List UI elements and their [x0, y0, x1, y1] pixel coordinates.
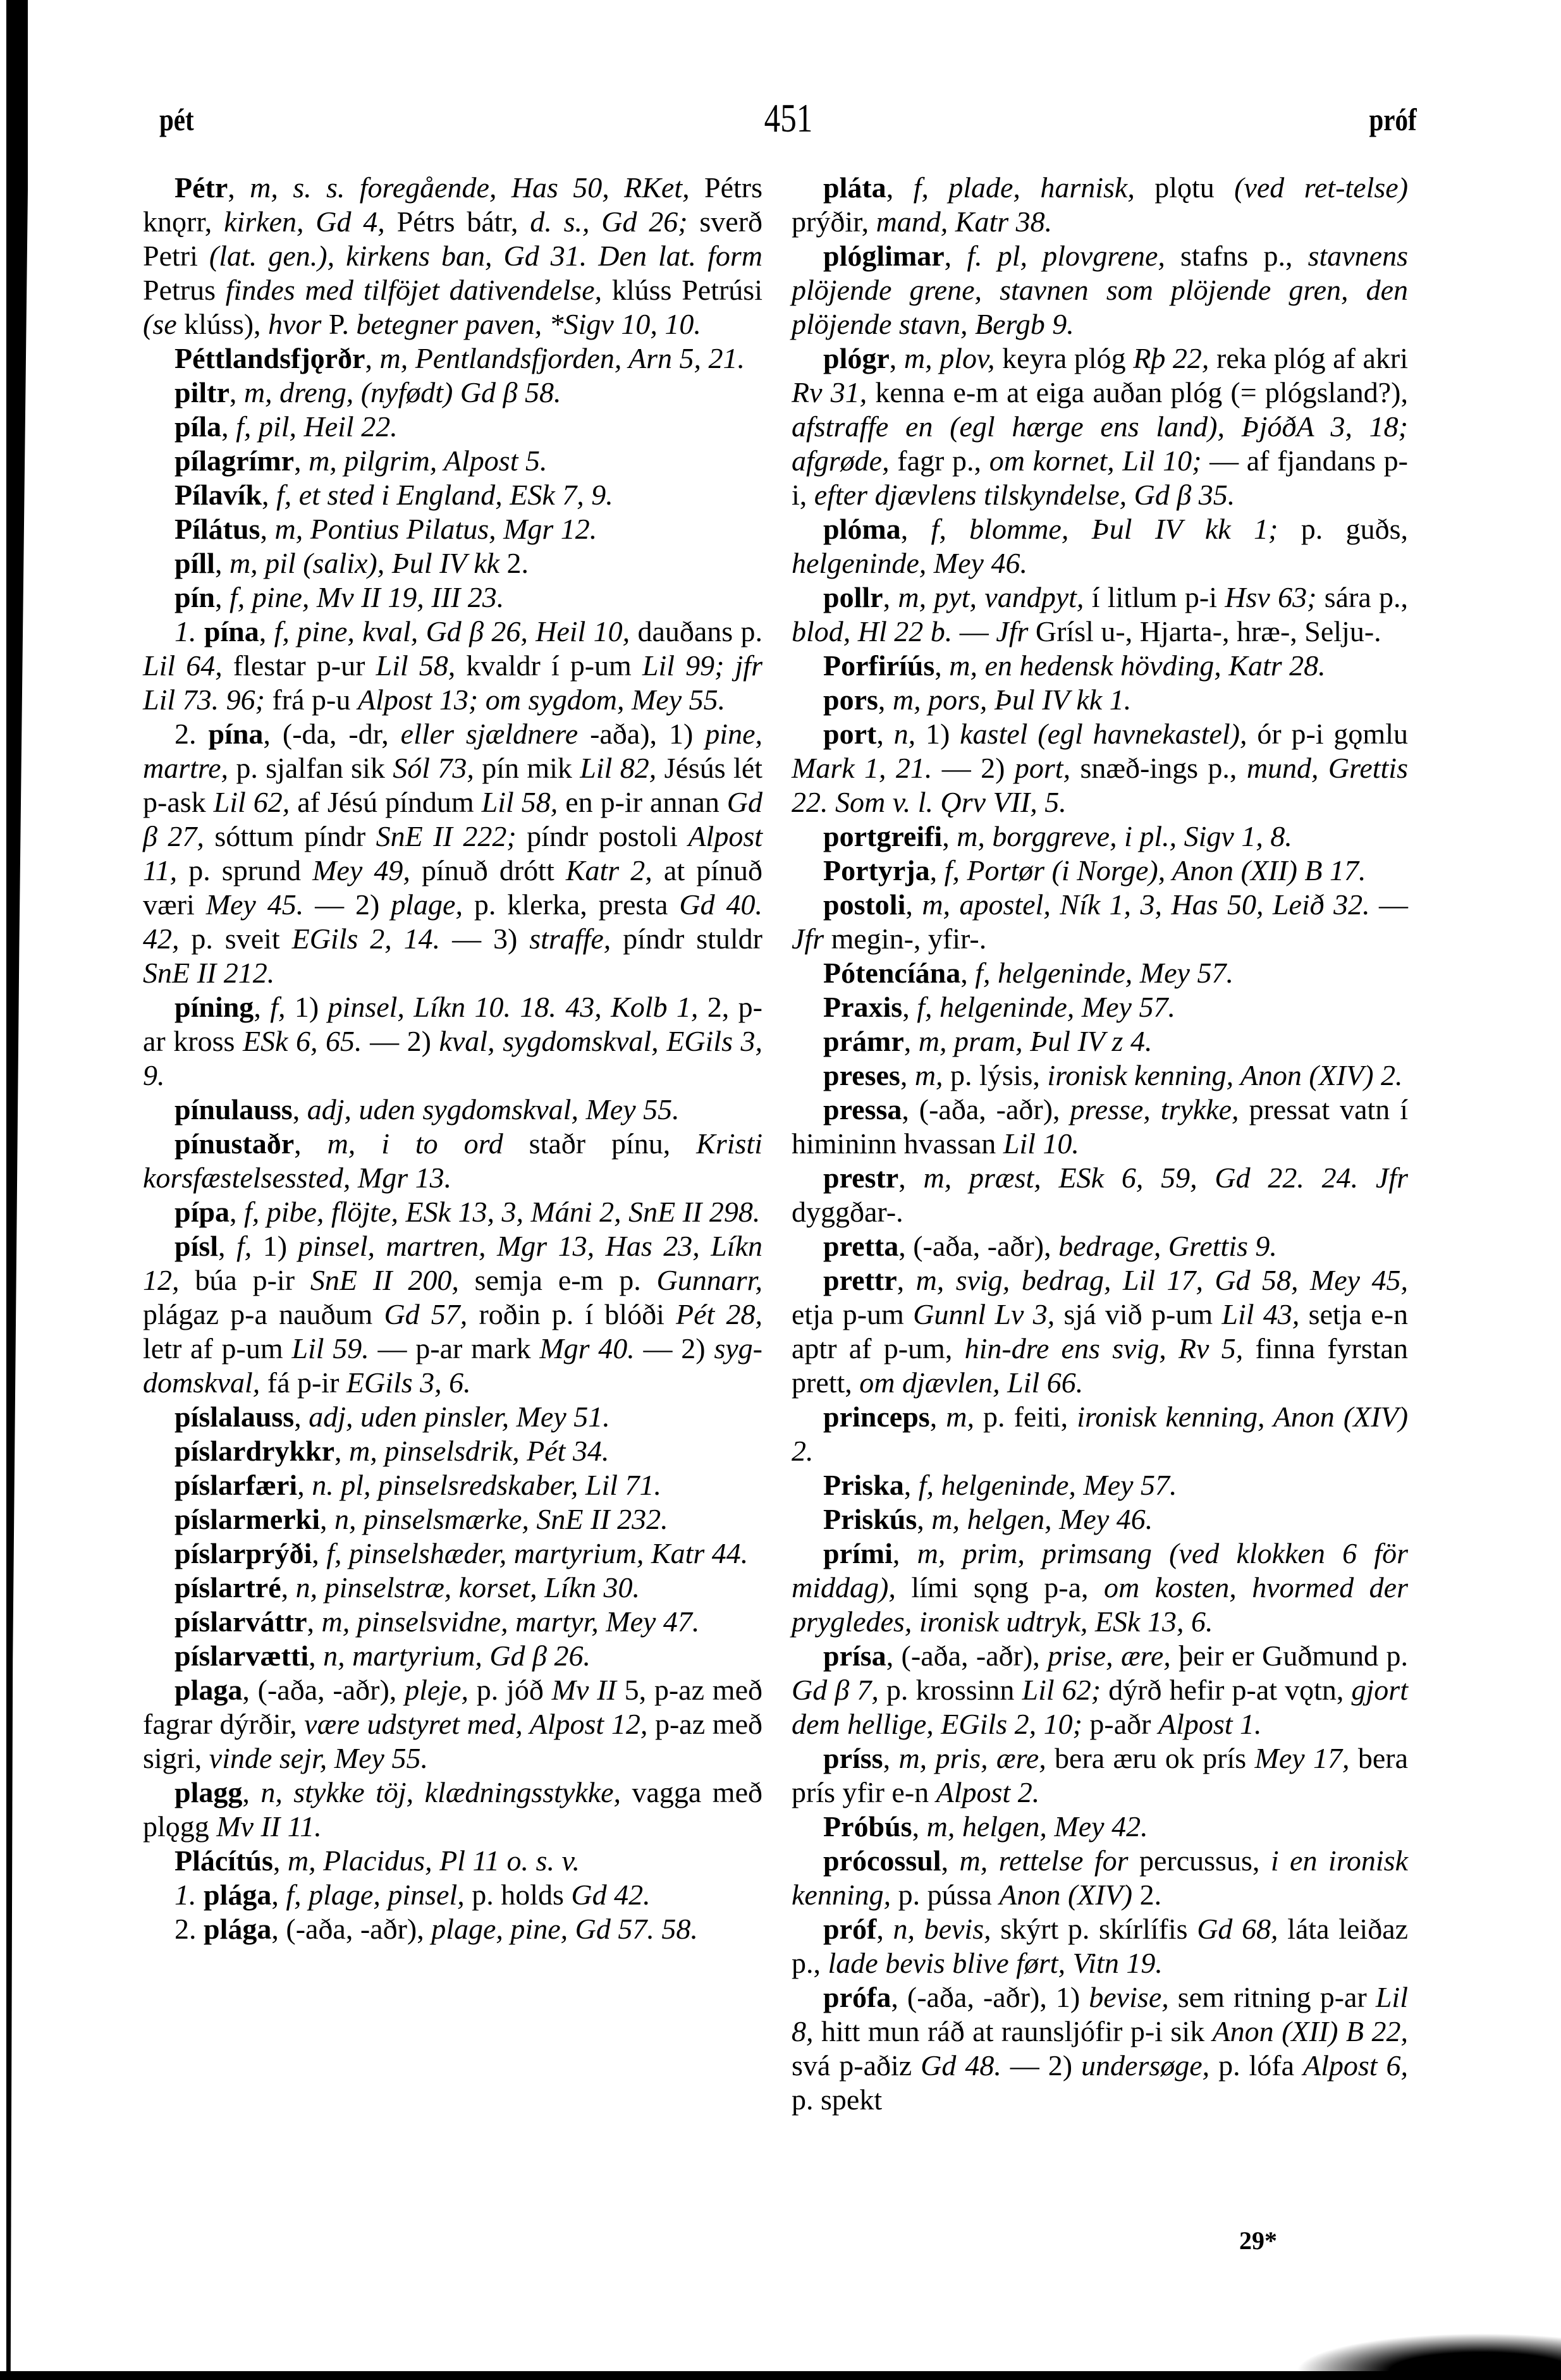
- italic-gloss: Mv II 11.: [216, 1810, 321, 1843]
- headword: pors: [823, 684, 878, 716]
- headword: pollr: [823, 581, 883, 613]
- text: skýrt p. skírlífis: [991, 1913, 1197, 1945]
- italic-gloss: pleje,: [405, 1674, 468, 1706]
- headword: prísa: [823, 1640, 886, 1672]
- text: ,: [215, 581, 230, 613]
- text: búa p-ir: [180, 1264, 310, 1296]
- italic-gloss: f, helgeninde, Mey 57.: [975, 957, 1233, 989]
- dictionary-entry: Pótencíána, f, helgeninde, Mey 57.: [792, 956, 1408, 990]
- text: ,: [281, 1571, 296, 1604]
- headword: Plácítús: [174, 1844, 273, 1877]
- italic-gloss: m, svig, bedrag, Lil 17, Gd 58, Mey 45,: [916, 1264, 1408, 1296]
- text: -aða), 1): [578, 718, 705, 750]
- headword: plógr: [823, 342, 890, 374]
- dictionary-entry: Praxis, f, helgeninde, Mey 57.: [792, 990, 1408, 1024]
- text: prýðir,: [792, 205, 876, 238]
- text: p. lófa: [1209, 2049, 1303, 2082]
- text: p. sjalfan sik: [228, 752, 393, 784]
- italic-gloss: d. s., Gd 26;: [530, 205, 687, 238]
- italic-gloss: plage,: [391, 888, 463, 921]
- text: fá p-ir: [260, 1366, 346, 1399]
- italic-gloss: Gd 42.: [571, 1879, 650, 1911]
- text: en p-ir annan: [558, 786, 727, 818]
- text: reka plóg af akri: [1209, 342, 1408, 374]
- text: ,: [901, 513, 931, 545]
- italic-gloss: om djævlen, Lil 66.: [859, 1366, 1083, 1399]
- headword: prócossul: [823, 1844, 941, 1877]
- italic-gloss: Anon (XIV): [999, 1879, 1132, 1911]
- italic-gloss: EGils 2, 14.: [292, 923, 441, 955]
- italic-gloss: Lil 82,: [580, 752, 656, 784]
- text: ,: [230, 1196, 244, 1228]
- text: ,: [904, 1469, 919, 1501]
- text: dauðans p.: [630, 615, 762, 647]
- italic-gloss: Sól 73,: [393, 752, 474, 784]
- dictionary-entry: píslartré, n, pinselstræ, korset, Líkn 3…: [143, 1571, 762, 1605]
- headword: píslarvætti: [174, 1640, 309, 1672]
- text: p. holds: [465, 1879, 572, 1911]
- italic-gloss: m, pram, Þul IV z 4.: [919, 1025, 1153, 1057]
- italic-gloss: Gd β 7,: [792, 1674, 879, 1706]
- text: plǫtu: [1135, 171, 1234, 204]
- italic-gloss: Gd 48.: [921, 2049, 1001, 2082]
- dictionary-entry: pretta, (-aða, -aðr), bedrage, Grettis 9…: [792, 1229, 1408, 1263]
- text: ,: [312, 1537, 326, 1569]
- italic-gloss: Mv II: [552, 1674, 616, 1706]
- text: ,: [905, 888, 922, 921]
- text: dýrð hefir p-at vǫtn,: [1101, 1674, 1351, 1706]
- headword: Péttlandsfjǫrðr: [174, 342, 365, 374]
- italic-gloss: m, pinselsvidne, martyr, Mey 47.: [322, 1605, 700, 1638]
- italic-gloss: Lil 58,: [376, 649, 456, 682]
- italic-gloss: adj, uden pinsler, Mey 51.: [309, 1401, 610, 1433]
- headword: píslarváttr: [174, 1605, 307, 1638]
- italic-gloss: helgeninde, Mey 46.: [792, 547, 1027, 579]
- italic-gloss: Mark 1, 21.: [792, 752, 932, 784]
- italic-gloss: m, pil (salix), Þul IV kk: [230, 547, 499, 579]
- text: af Jésú píndum: [290, 786, 481, 818]
- text: ór p-i gǫmlu: [1247, 718, 1408, 750]
- headword: postoli: [823, 888, 905, 921]
- text: ,: [309, 1640, 323, 1672]
- italic-gloss: eller sjældnere: [401, 718, 578, 750]
- italic-gloss: prise, ære,: [1048, 1640, 1171, 1672]
- italic-gloss: m, pinselsdrik, Pét 34.: [349, 1435, 609, 1467]
- italic-gloss: m,: [915, 1059, 943, 1091]
- text: 2.: [499, 547, 529, 579]
- text: —: [952, 615, 996, 647]
- italic-gloss: m, rettelse for: [960, 1844, 1129, 1877]
- italic-gloss: m, i to ord: [328, 1127, 503, 1160]
- italic-gloss: lade bevis blive ført, Vitn 19.: [828, 1947, 1163, 1979]
- headword: pínustaðr: [174, 1127, 294, 1160]
- text: p. jóð: [468, 1674, 552, 1706]
- text: sóttum píndr: [204, 820, 376, 852]
- text: ,: [242, 1776, 260, 1808]
- text: ,: [912, 1810, 927, 1843]
- text: —: [1370, 888, 1408, 921]
- italic-gloss: bevise,: [1089, 1981, 1168, 2013]
- italic-gloss: n. pl, pinselsredskaber, Lil 71.: [312, 1469, 661, 1501]
- dictionary-entry: Plácítús, m, Placidus, Pl 11 o. s. v.: [143, 1844, 762, 1878]
- headword: próf: [823, 1913, 876, 1945]
- italic-gloss: m, borggreve, i pl., Sigv 1, 8.: [957, 820, 1292, 852]
- italic-gloss: Mey 45.: [206, 888, 304, 921]
- dictionary-entry: pors, m, pors, Þul IV kk 1.: [792, 683, 1408, 717]
- italic-gloss: Jfr: [792, 923, 824, 955]
- text: etja p-um: [792, 1298, 913, 1330]
- text: ,: [883, 581, 898, 613]
- text: 2.: [174, 1913, 204, 1945]
- italic-gloss: Lil 64,: [143, 649, 223, 682]
- italic-gloss: Hsv 63;: [1225, 581, 1316, 613]
- italic-gloss: Mey 49,: [312, 854, 410, 886]
- italic-gloss: m, Pontius Pilatus, Mgr 12.: [274, 513, 597, 545]
- headword: pín: [174, 581, 215, 613]
- italic-gloss: adj, uden sygdomskval, Mey 55.: [307, 1093, 680, 1126]
- dictionary-entry: prími, m, prim, primsang (ved klokken 6 …: [792, 1537, 1408, 1639]
- italic-gloss: SnE II 222;: [376, 820, 517, 852]
- italic-gloss: m, pris, ære,: [898, 1742, 1046, 1774]
- italic-gloss: kirken, Gd 4,: [224, 205, 385, 238]
- text: ,: [893, 1537, 917, 1569]
- dictionary-entry: portgreifi, m, borggreve, i pl., Sigv 1,…: [792, 819, 1408, 854]
- headword: pína: [208, 718, 263, 750]
- headword: Pótencíána: [823, 957, 960, 989]
- italic-gloss: Lil 62;: [1022, 1674, 1101, 1706]
- dictionary-entry: Priskús, m, helgen, Mey 46.: [792, 1502, 1408, 1537]
- text: svá p-aðiz: [792, 2049, 921, 2082]
- text: ,: [260, 513, 274, 545]
- text: ,: [218, 1230, 236, 1262]
- text: ,: [271, 1879, 286, 1911]
- dictionary-entry: pressa, (-aða, -aðr), presse, trykke, pr…: [792, 1093, 1408, 1161]
- dictionary-entry: Portyrja, f, Portør (i Norge), Anon (XII…: [792, 854, 1408, 888]
- dictionary-entry: píslarvætti, n, martyrium, Gd β 26.: [143, 1639, 762, 1673]
- italic-gloss: f. pl, plovgrene,: [967, 240, 1165, 272]
- italic-gloss: f,: [236, 1230, 252, 1262]
- italic-gloss: f, plade, harnisk,: [914, 171, 1135, 204]
- dictionary-entry: prámr, m, pram, Þul IV z 4.: [792, 1024, 1408, 1058]
- italic-gloss: hvor: [268, 308, 321, 340]
- text: ,: [320, 1503, 334, 1535]
- text: p. sprund: [177, 854, 312, 886]
- dictionary-entry: prestr, m, præst, ESk 6, 59, Gd 22. 24. …: [792, 1161, 1408, 1229]
- text: plágaz p-a nauðum: [143, 1298, 384, 1330]
- italic-gloss: m, dreng, (nyfødt) Gd β 58.: [244, 376, 561, 408]
- text: — p-ar mark: [369, 1332, 540, 1365]
- text: ,: [904, 1025, 919, 1057]
- headword: píslalauss: [174, 1401, 294, 1433]
- italic-gloss: m, Placidus, Pl 11 o. s. v.: [288, 1844, 580, 1877]
- text: — 3): [440, 923, 529, 955]
- italic-gloss: hin-dre ens svig, Rv 5,: [965, 1332, 1244, 1365]
- italic-gloss: f,: [270, 991, 285, 1023]
- headword: píslartré: [174, 1571, 281, 1604]
- italic-gloss: f, helgeninde, Mey 57.: [919, 1469, 1177, 1501]
- italic-gloss: Gunnl Lv 3,: [913, 1298, 1055, 1330]
- text: klúss Petrúsi: [602, 274, 762, 306]
- text: roðin p. í blóði: [467, 1298, 676, 1330]
- dictionary-entry: preses, m, p. lýsis, ironisk kenning, An…: [792, 1058, 1408, 1093]
- dictionary-entry: pílagrímr, m, pilgrim, Alpost 5.: [143, 444, 762, 478]
- text: ,: [930, 854, 945, 886]
- italic-gloss: vinde sejr, Mey 55.: [209, 1742, 428, 1774]
- text: ,: [886, 171, 914, 204]
- dictionary-entry: 1. plága, f, plage, pinsel, p. holds Gd …: [143, 1878, 762, 1912]
- italic-gloss: n, martyrium, Gd β 26.: [323, 1640, 591, 1672]
- italic-gloss: m, en hedensk hövding, Katr 28.: [949, 649, 1325, 682]
- dictionary-entry: port, n, 1) kastel (egl havnekastel), ór…: [792, 717, 1408, 819]
- headword: písl: [174, 1230, 218, 1262]
- text: 1): [285, 991, 328, 1023]
- headword: pína: [204, 615, 259, 647]
- text: ,: [897, 1264, 916, 1296]
- text: ,: [294, 1127, 327, 1160]
- italic-gloss: m, pilgrim, Alpost 5.: [309, 445, 547, 477]
- dictionary-entry: prísa, (-aða, -aðr), prise, ære, þeir er…: [792, 1639, 1408, 1741]
- italic-gloss: presse, trykke,: [1070, 1093, 1239, 1126]
- headword: Pílátus: [174, 513, 260, 545]
- dictionary-entry: postoli, m, apostel, Ník 1, 3, Has 50, L…: [792, 888, 1408, 956]
- text: percussus,: [1129, 1844, 1271, 1877]
- text: 1): [252, 1230, 298, 1262]
- italic-gloss: m, præst, ESk 6, 59, Gd 22. 24. Jfr: [924, 1162, 1409, 1194]
- text: p. lýsis,: [943, 1059, 1048, 1091]
- headword: Pílavík: [174, 479, 262, 511]
- dictionary-entry: pínulauss, adj, uden sygdomskval, Mey 55…: [143, 1093, 762, 1127]
- text: , (-aða, -aðr),: [271, 1913, 431, 1945]
- signature-mark: 29*: [1239, 2226, 1277, 2255]
- dictionary-entry: plagg, n, stykke töj, klædningsstykke, v…: [143, 1776, 762, 1844]
- text: kenna e-m at eiga auðan plóg (= plógslan…: [867, 376, 1408, 408]
- text: klúss),: [177, 308, 268, 340]
- dictionary-entry: píning, f, 1) pinsel, Líkn 10. 18. 43, K…: [143, 990, 762, 1093]
- italic-gloss: undersøge,: [1081, 2049, 1209, 2082]
- text: pín mik: [474, 752, 580, 784]
- dictionary-entry: plógr, m, plov, keyra plóg Rþ 22, reka p…: [792, 341, 1408, 512]
- headword: pláta: [823, 171, 886, 204]
- dictionary-entry: píslarváttr, m, pinselsvidne, martyr, Me…: [143, 1605, 762, 1639]
- text: ,: [890, 342, 904, 374]
- italic-gloss: Gd 57,: [384, 1298, 467, 1330]
- text: stafns p.,: [1165, 240, 1308, 272]
- dictionary-entry: píslardrykkr, m, pinselsdrik, Pét 34.: [143, 1434, 762, 1468]
- text: ,: [942, 820, 957, 852]
- text: píndr postoli: [517, 820, 689, 852]
- italic-gloss: Rþ 22,: [1133, 342, 1209, 374]
- italic-gloss: n, pinselsmærke, SnE II 232.: [334, 1503, 668, 1535]
- headword: plága: [204, 1879, 271, 1911]
- dictionary-entry: píla, f, pil, Heil 22.: [143, 410, 762, 444]
- dictionary-entry: plaga, (-aða, -aðr), pleje, p. jóð Mv II…: [143, 1673, 762, 1776]
- dictionary-column-left: Pétr, m, s. s. foregående, Has 50, RKet,…: [143, 171, 762, 1946]
- dictionary-entry: Porfiríús, m, en hedensk hövding, Katr 2…: [792, 649, 1408, 683]
- text: p-aðr: [1082, 1708, 1158, 1740]
- text: p. krossinn: [879, 1674, 1022, 1706]
- text: ,: [960, 957, 975, 989]
- text: , (-aða, -aðr),: [242, 1674, 405, 1706]
- page-number: 451: [764, 95, 812, 142]
- headword: princeps: [823, 1401, 930, 1433]
- italic-gloss: om kornet, Lil 10;: [989, 445, 1202, 477]
- text: p. pússa: [891, 1879, 999, 1911]
- dictionary-entry: pínustaðr, m, i to ord staðr pínu, Krist…: [143, 1127, 762, 1195]
- italic-gloss: Alpost 13; om sygdom, Mey 55.: [358, 684, 725, 716]
- scan-smudge: [1295, 2333, 1561, 2371]
- text: ,: [883, 1742, 899, 1774]
- text: — 2): [932, 752, 1014, 784]
- text: , (-aða, -aðr), 1): [891, 1981, 1089, 2013]
- italic-gloss: m, plov,: [904, 342, 995, 374]
- text: — 2): [303, 888, 391, 921]
- italic-gloss: Lil 43,: [1221, 1298, 1299, 1330]
- italic-gloss: m, helgen, Mey 46.: [931, 1503, 1153, 1535]
- headword: pretta: [823, 1230, 898, 1262]
- text: p. klerka, presta: [463, 888, 679, 921]
- italic-gloss: SnE II 200,: [310, 1264, 459, 1296]
- text: ,: [334, 1435, 349, 1467]
- italic-gloss: 1.: [174, 1879, 204, 1911]
- text: flestar p-ur: [223, 649, 376, 682]
- text: ,: [215, 547, 230, 579]
- text: ,: [941, 1844, 960, 1877]
- headword: prófa: [823, 1981, 891, 2013]
- headword: pílagrímr: [174, 445, 294, 477]
- headword: píslarprýði: [174, 1537, 312, 1569]
- italic-gloss: f, pine, kval, Gd β 26, Heil 10,: [274, 615, 630, 647]
- text: lími sǫng p-a,: [896, 1571, 1104, 1604]
- dictionary-entry: píslarfæri, n. pl, pinselsredskaber, Lil…: [143, 1468, 762, 1502]
- italic-gloss: kastel (egl havnekastel),: [960, 718, 1247, 750]
- text: ,: [934, 649, 949, 682]
- text: , (-aða, -aðr),: [886, 1640, 1048, 1672]
- dictionary-entry: 2. pína, (-da, -dr, eller sjældnere -aða…: [143, 717, 762, 990]
- right-guide-word: próf: [1369, 101, 1417, 138]
- text: — 2): [362, 1025, 439, 1057]
- italic-gloss: Pét 28,: [676, 1298, 762, 1330]
- headword: portgreifi: [823, 820, 942, 852]
- headword: prestr: [823, 1162, 898, 1194]
- text: dyggðar-.: [792, 1196, 903, 1228]
- headword: pípa: [174, 1196, 230, 1228]
- dictionary-entry: plóma, f, blomme, Þul IV kk 1; p. guðs, …: [792, 512, 1408, 580]
- italic-gloss: m, Pentlandsfjorden, Arn 5, 21.: [379, 342, 745, 374]
- text: 1): [915, 718, 960, 750]
- italic-gloss: Lil 10.: [1003, 1127, 1079, 1160]
- headword: Porfiríús: [823, 649, 934, 682]
- dictionary-entry: píll, m, pil (salix), Þul IV kk 2.: [143, 546, 762, 580]
- text: P.: [321, 308, 356, 340]
- text: ,: [254, 991, 270, 1023]
- headword: píll: [174, 547, 215, 579]
- headword: plaga: [174, 1674, 242, 1706]
- dictionary-entry: 1. pína, f, pine, kval, Gd β 26, Heil 10…: [143, 615, 762, 717]
- text: ,: [228, 171, 250, 204]
- headword: plagg: [174, 1776, 242, 1808]
- text: p. spekt: [792, 2083, 882, 2116]
- dictionary-entry: Pétr, m, s. s. foregående, Has 50, RKet,…: [143, 171, 762, 341]
- italic-gloss: Alpost 1.: [1158, 1708, 1262, 1740]
- text: ,: [297, 1469, 312, 1501]
- italic-gloss: Jfr: [996, 615, 1028, 647]
- italic-gloss: ironisk kenning, Anon (XIV) 2.: [1047, 1059, 1402, 1091]
- italic-gloss: f, pinselshæder, martyrium, Katr 44.: [326, 1537, 748, 1569]
- text: ,: [273, 1844, 288, 1877]
- dictionary-entry: pláta, f, plade, harnisk, plǫtu (ved ret…: [792, 171, 1408, 239]
- headword: píning: [174, 991, 254, 1023]
- italic-gloss: Lil 58,: [482, 786, 558, 818]
- headword: píslardrykkr: [174, 1435, 334, 1467]
- text: ,: [898, 1162, 923, 1194]
- italic-gloss: pinsel, Líkn 10. 18. 43, Kolb 1,: [328, 991, 699, 1023]
- italic-gloss: Gd 68,: [1197, 1913, 1278, 1945]
- text: ,: [365, 342, 379, 374]
- headword: pínulauss: [174, 1093, 293, 1126]
- text: hitt mun ráð at raunsljófir p-i sik: [814, 2015, 1213, 2047]
- italic-gloss: m, pors, Þul IV kk 1.: [893, 684, 1131, 716]
- dictionary-entry: prettr, m, svig, bedrag, Lil 17, Gd 58, …: [792, 1263, 1408, 1400]
- text: þeir er Guðmund p.: [1171, 1640, 1408, 1672]
- text: ,: [945, 240, 967, 272]
- dictionary-entry: písl, f, 1) pinsel, martren, Mgr 13, Has…: [143, 1229, 762, 1400]
- text: fagr p.,: [890, 445, 989, 477]
- dictionary-entry: pín, f, pine, Mv II 19, III 23.: [143, 580, 762, 615]
- headword: plóglimar: [823, 240, 945, 272]
- italic-gloss: EGils 3, 6.: [346, 1366, 471, 1399]
- italic-gloss: f, pibe, flöjte, ESk 13, 3, Máni 2, SnE …: [244, 1196, 760, 1228]
- text: — 2): [1001, 2049, 1081, 2082]
- dictionary-entry: pípa, f, pibe, flöjte, ESk 13, 3, Máni 2…: [143, 1195, 762, 1229]
- headword: príss: [823, 1742, 883, 1774]
- headword: Próbús: [823, 1810, 912, 1843]
- text: p. guðs,: [1278, 513, 1408, 545]
- dictionary-column-right: pláta, f, plade, harnisk, plǫtu (ved ret…: [792, 171, 1408, 2117]
- italic-gloss: f, Portør (i Norge), Anon (XII) B 17.: [945, 854, 1366, 886]
- text: staðr pínu,: [503, 1127, 696, 1160]
- text: ,: [230, 376, 244, 408]
- text: í litlum p-i: [1084, 581, 1225, 613]
- headword: pressa: [823, 1093, 902, 1126]
- dictionary-entry: prófa, (-aða, -aðr), 1) bevise, sem ritn…: [792, 1980, 1408, 2117]
- text: pínuð drótt: [410, 854, 566, 886]
- text: semja e-m p.: [459, 1264, 657, 1296]
- text: ,: [902, 991, 917, 1023]
- italic-gloss: m, s. s. foregående, Has 50, RKet,: [250, 171, 690, 204]
- headword: prámr: [823, 1025, 904, 1057]
- italic-gloss: m, pyt, vandpyt,: [898, 581, 1084, 613]
- text: — 2): [635, 1332, 714, 1365]
- text: píndr stuldr: [611, 923, 762, 955]
- text: Pétrs bátr,: [385, 205, 530, 238]
- italic-gloss: Rv 31,: [792, 376, 867, 408]
- italic-gloss: n, stykke töj, klædningsstykke,: [260, 1776, 621, 1808]
- dictionary-entry: príss, m, pris, ære, bera æru ok prís Me…: [792, 1741, 1408, 1810]
- text: letr af p-um: [143, 1332, 291, 1365]
- headword: prettr: [823, 1264, 897, 1296]
- italic-gloss: Alpost 2.: [936, 1776, 1040, 1808]
- italic-gloss: f, blomme, Þul IV kk 1;: [931, 513, 1278, 545]
- dictionary-entry: píslalauss, adj, uden pinsler, Mey 51.: [143, 1400, 762, 1434]
- italic-gloss: n,: [894, 718, 916, 750]
- headword: píla: [174, 410, 221, 443]
- dictionary-entry: Péttlandsfjǫrðr, m, Pentlandsfjorden, Ar…: [143, 341, 762, 376]
- text: ,: [917, 1503, 931, 1535]
- dictionary-entry: piltr, m, dreng, (nyfødt) Gd β 58.: [143, 376, 762, 410]
- text: keyra plóg: [995, 342, 1134, 374]
- italic-gloss: betegner paven, *Sigv 10, 10.: [356, 308, 701, 340]
- text: ,: [293, 1093, 307, 1126]
